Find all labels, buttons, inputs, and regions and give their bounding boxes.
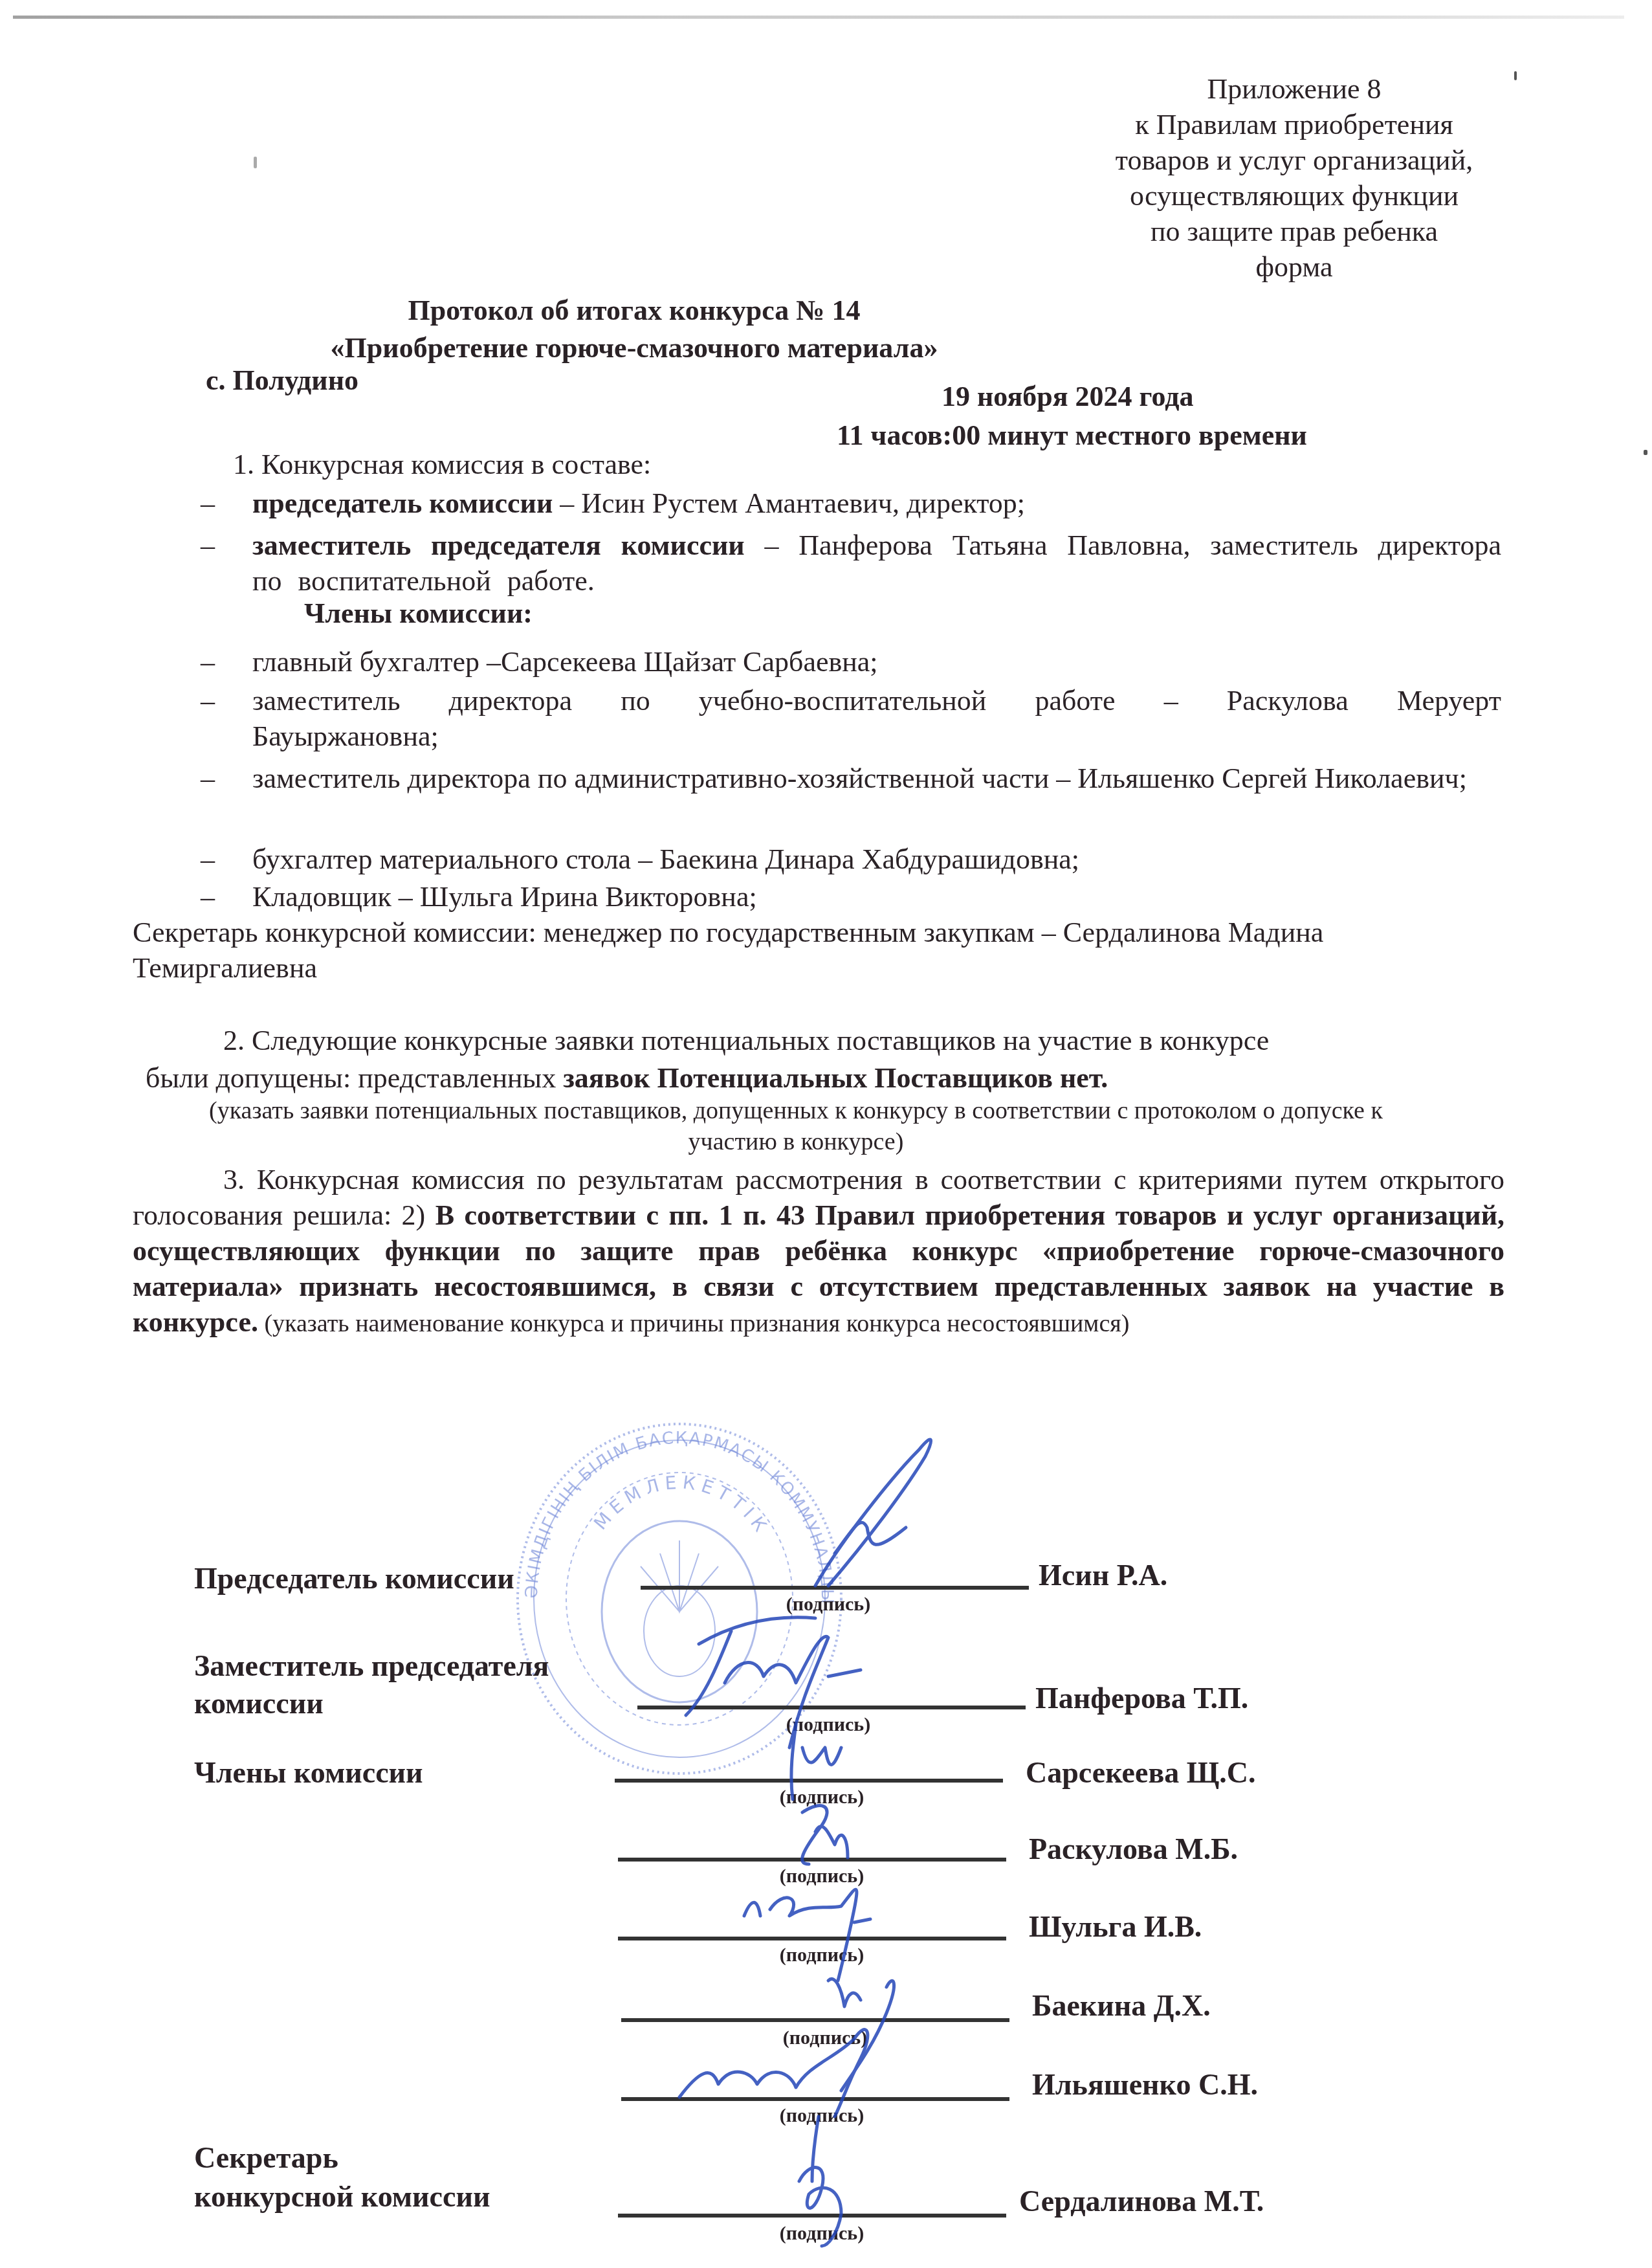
stamp-inner-text: МЕМЛЕКЕТТІК (589, 1471, 774, 1539)
commission-member: – главный бухгалтер –Сарсекеева Щайзат С… (201, 644, 1501, 680)
section-1-intro: 1. Конкурсная комиссия в составе: (233, 447, 651, 482)
dash-bullet: – (201, 644, 226, 680)
signer-name: Сердалинова М.Т. (1019, 2183, 1264, 2220)
document-title: Протокол об итогах конкурса № 14 (0, 293, 1268, 328)
signature-line (637, 1706, 1026, 1709)
signature-line (618, 1858, 1006, 1862)
stamp-text: ӘКІМДІГІНІҢ БІЛІМ БАСҚАРМАСЫ КОММУНАЛДЫҚ… (511, 1417, 837, 1605)
appendix-line: форма (1055, 249, 1534, 285)
dash-bullet: – (201, 841, 226, 877)
member-text: – Исин Рустем Амантаевич, директор; (553, 487, 1025, 519)
appendix-line: Приложение 8 (1055, 71, 1534, 107)
signature-caption: (подпись) (728, 2027, 922, 2049)
scan-speck (254, 157, 257, 168)
signature-line (615, 1779, 1003, 1783)
signature-line (641, 1586, 1029, 1590)
appendix-line: осуществляющих функции (1055, 178, 1534, 214)
signer-name: Исин Р.А. (1039, 1557, 1167, 1594)
signature-line (618, 1937, 1006, 1940)
svg-text:ӘКІМДІГІНІҢ БІЛІМ БАСҚАРМАСЫ К: ӘКІМДІГІНІҢ БІЛІМ БАСҚАРМАСЫ КОММУНАЛДЫҚ… (511, 1417, 837, 1605)
member-text: заместитель директора по административно… (252, 762, 1467, 794)
role-label: председатель комиссии (252, 487, 553, 519)
dash-bullet: – (201, 485, 226, 521)
appendix-line: к Правилам приобретения (1055, 107, 1534, 142)
signature-caption: (подпись) (725, 2105, 919, 2127)
member-text: Кладовщик – Шульга Ирина Викторовна; (252, 881, 757, 913)
svg-text:МЕМЛЕКЕТТІК: МЕМЛЕКЕТТІК (589, 1471, 774, 1539)
member-text: бухгалтер материального стола – Баекина … (252, 843, 1079, 875)
scan-edge (13, 16, 1624, 19)
section-2-result: заявок Потенциальных Поставщиков нет. (563, 1062, 1108, 1094)
document-subtitle: «Приобретение горюче-смазочного материал… (0, 330, 1268, 366)
dash-bullet: – (201, 879, 226, 915)
place: с. Полудино (206, 362, 358, 398)
role-deputy-cont: комиссии (194, 1685, 324, 1722)
signer-name: Раскулова М.Б. (1029, 1830, 1238, 1868)
role-secretary: Секретарь (194, 2139, 338, 2177)
role-secretary-cont: конкурсной комиссии (194, 2178, 490, 2216)
appendix-line: по защите прав ребенка (1055, 214, 1534, 249)
role-chair: Председатель комиссии (194, 1560, 514, 1597)
signature-line (621, 2018, 1009, 2022)
role-label: заместитель председателя комиссии (252, 529, 745, 561)
commission-member: – Кладовщик – Шульга Ирина Викторовна; (201, 879, 1501, 915)
signer-name: Шульга И.В. (1029, 1908, 1202, 1946)
section-3-note: (указать наименование конкурса и причины… (258, 1310, 1129, 1337)
dash-bullet: – (201, 683, 226, 718)
commission-deputy: – заместитель председателя комиссии – Па… (201, 528, 1501, 599)
signature-line (618, 2214, 1006, 2218)
commission-chair: – председатель комиссии – Исин Рустем Ам… (201, 485, 1501, 521)
section-3-decision: 3. Конкурсная комиссия по результатам ра… (133, 1162, 1504, 1340)
signature-caption: (подпись) (731, 1714, 925, 1736)
members-heading: Члены комиссии: (304, 595, 533, 631)
section-2-line2: были допущены: представленных заявок Пот… (146, 1060, 1108, 1096)
commission-member: – бухгалтер материального стола – Баекин… (201, 841, 1501, 877)
signer-name: Ильяшенко С.Н. (1032, 2066, 1258, 2104)
signature-caption: (подпись) (725, 1865, 919, 1887)
signature-caption: (подпись) (725, 1786, 919, 1808)
signer-name: Панферова Т.П. (1035, 1680, 1248, 1717)
appendix-line: товаров и услуг организаций, (1055, 142, 1534, 178)
commission-member: – заместитель директора по административ… (201, 761, 1501, 796)
dash-bullet: – (201, 761, 226, 796)
role-members: Члены комиссии (194, 1754, 423, 1792)
scan-speck (1644, 450, 1647, 455)
signer-name: Сарсекеева Щ.С. (1026, 1754, 1255, 1792)
time: 11 часов:00 минут местного времени (837, 417, 1307, 453)
secretary-line: Секретарь конкурсной комиссии: менеджер … (133, 915, 1427, 986)
member-text: заместитель директора по учебно-воспитат… (252, 685, 1501, 752)
section-2-text: были допущены: представленных (146, 1062, 563, 1094)
section-2-note: (указать заявки потенциальных поставщико… (194, 1095, 1398, 1157)
dash-bullet: – (201, 528, 226, 563)
signer-name: Баекина Д.Х. (1032, 1987, 1211, 2025)
member-text: главный бухгалтер –Сарсекеева Щайзат Сар… (252, 646, 878, 678)
signature-caption: (подпись) (725, 1944, 919, 1966)
signature-caption: (подпись) (725, 2223, 919, 2245)
date: 19 ноября 2024 года (942, 379, 1193, 414)
appendix-header: Приложение 8 к Правилам приобретения тов… (1055, 71, 1534, 285)
role-deputy: Заместитель председателя (194, 1647, 549, 1685)
commission-member: – заместитель директора по учебно-воспит… (201, 683, 1501, 754)
signature-line (621, 2097, 1009, 2101)
signature-caption: (подпись) (731, 1594, 925, 1616)
section-2-line1: 2. Следующие конкурсные заявки потенциал… (223, 1023, 1269, 1058)
